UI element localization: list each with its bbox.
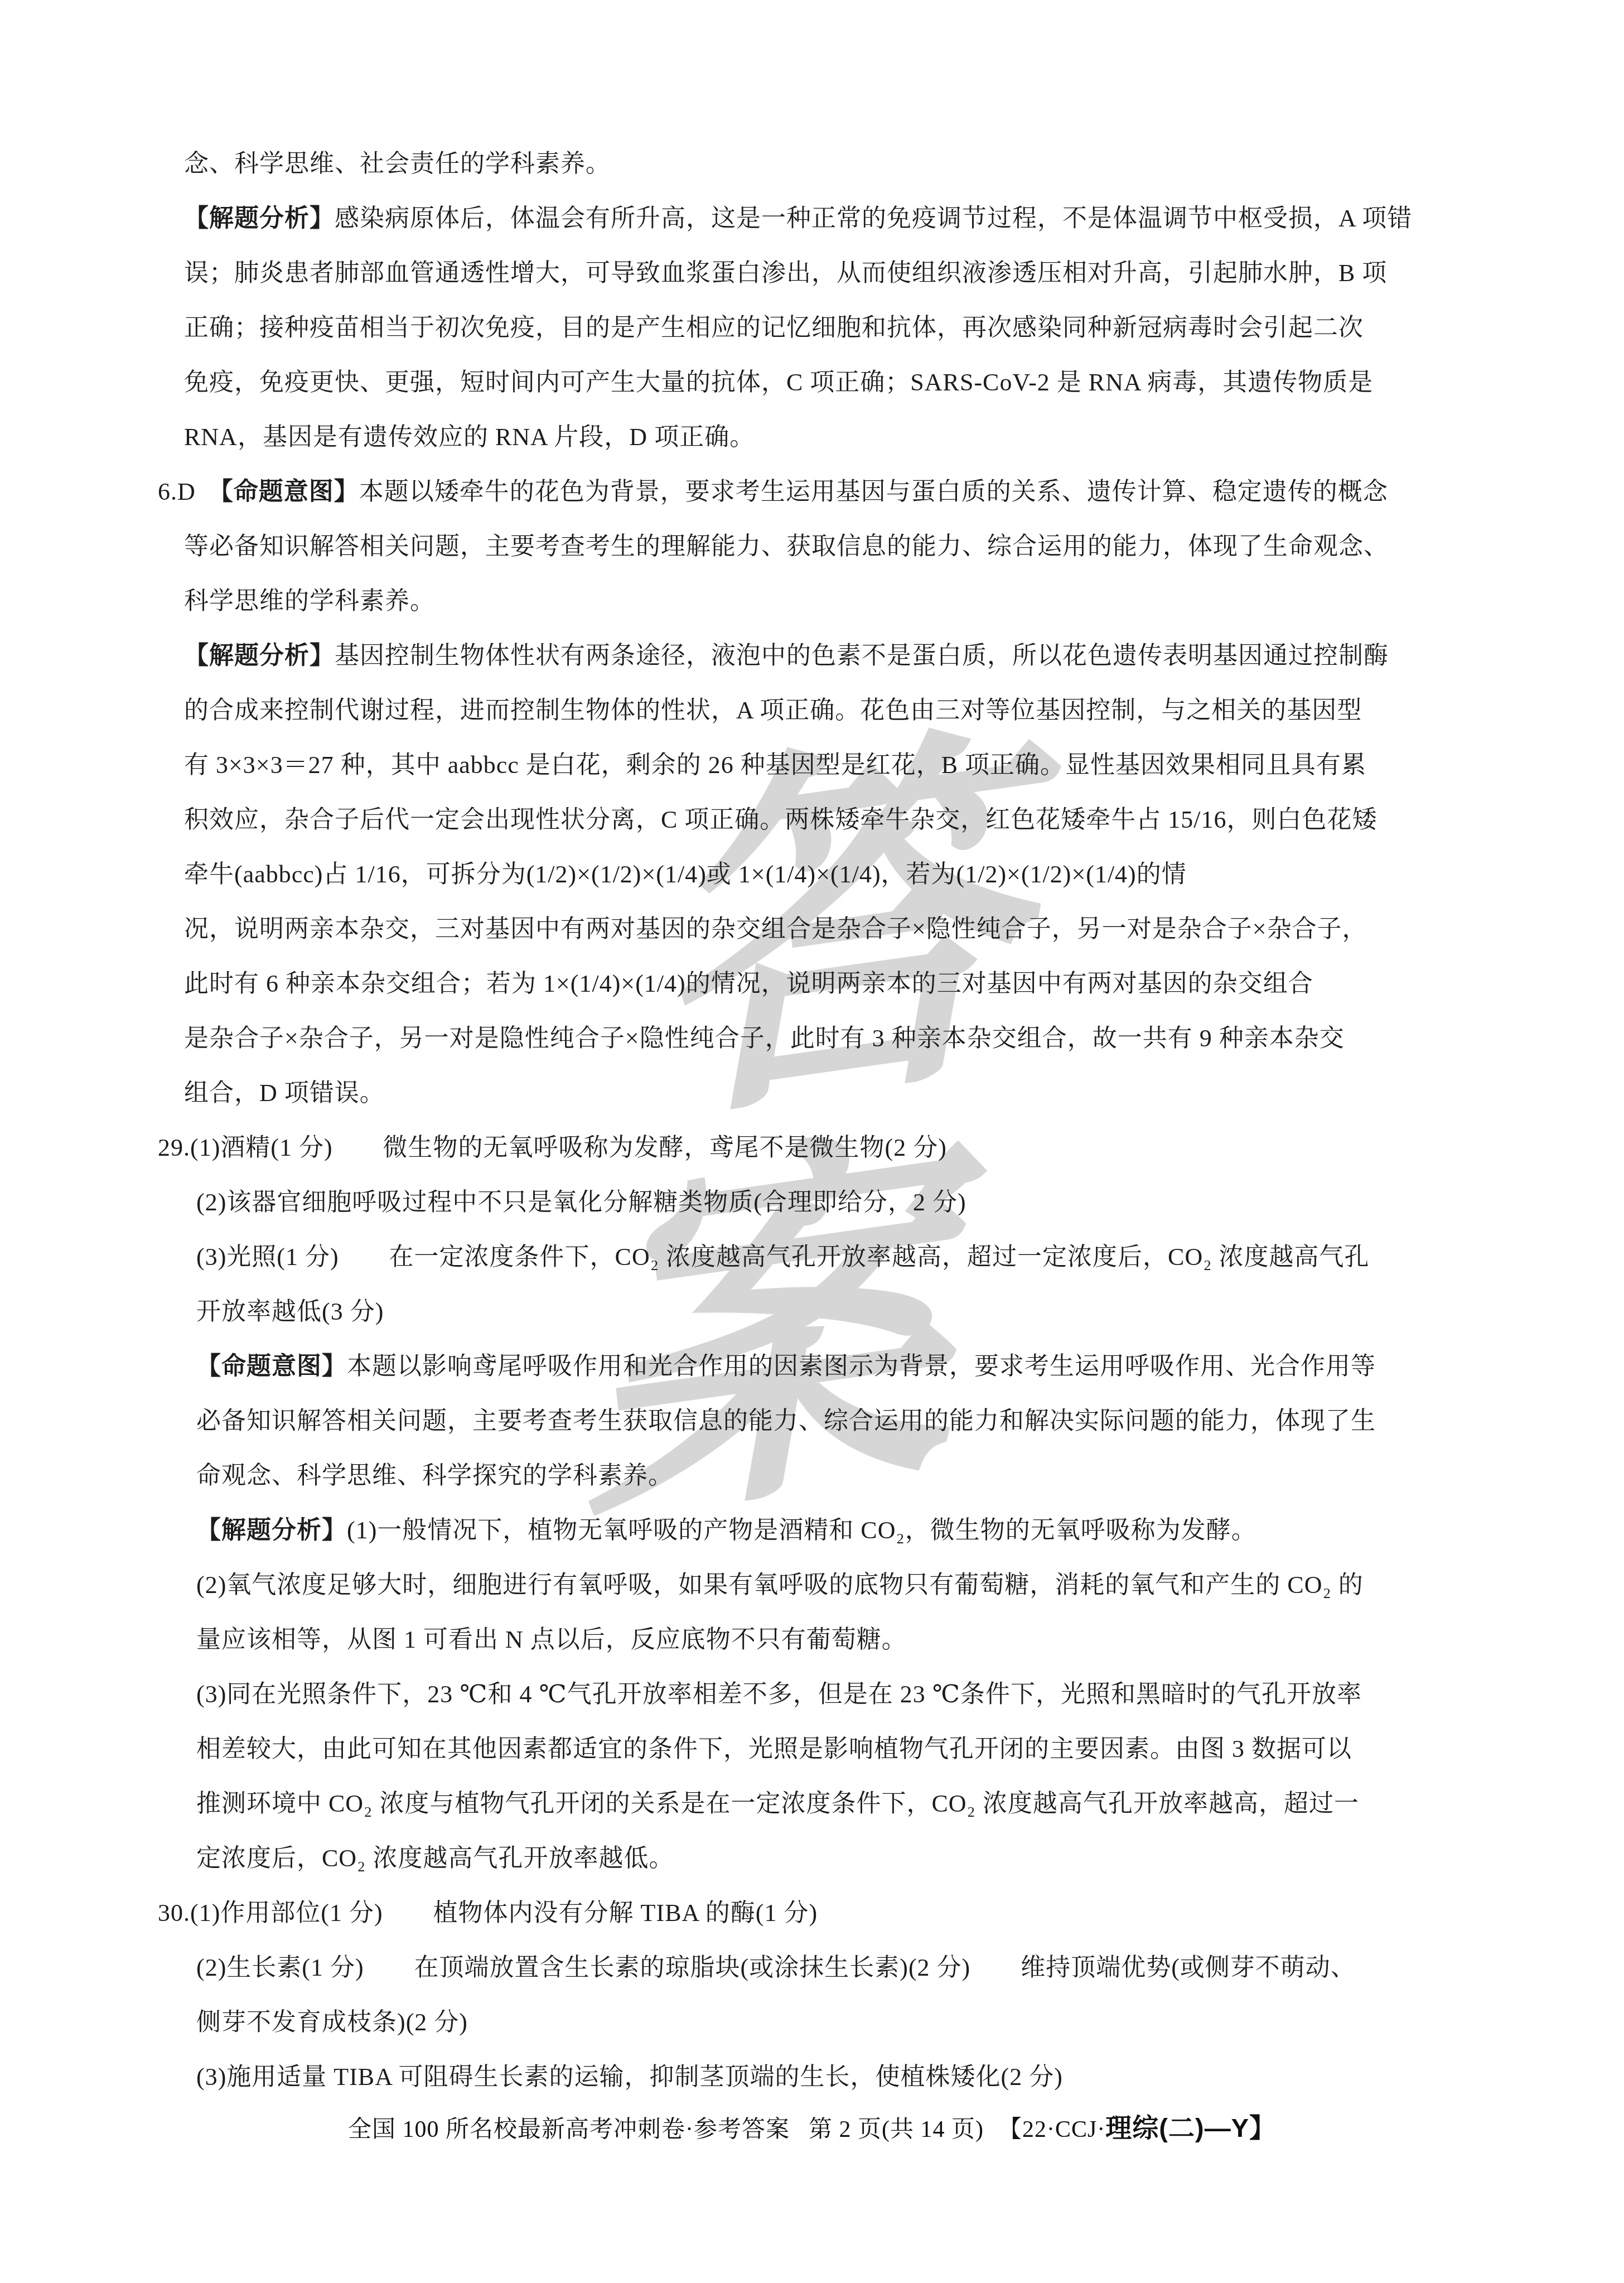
text-line: (2)氧气浓度足够大时，细胞进行有氧呼吸，如果有氧呼吸的底物只有葡萄糖，消耗的氧… xyxy=(196,1569,1364,1601)
line-text: 必备知识解答相关问题，主要考查考生获取信息的能力、综合运用的能力和解决实际问题的… xyxy=(196,1407,1376,1435)
text-line: 的合成来控制代谢过程，进而控制生物体的性状，A 项正确。花色由三对等位基因控制，… xyxy=(184,694,1362,727)
line-text: 免疫，免疫更快、更强，短时间内可产生大量的抗体，C 项正确；SARS-CoV-2… xyxy=(184,369,1373,396)
answer-text-block: 念、科学思维、社会责任的学科素养。 【解题分析】感染病原体后，体温会有所升高，这… xyxy=(0,0,1624,2283)
text-line: 30.(1)作用部位(1 分) 植物体内没有分解 TIBA 的酶(1 分) xyxy=(158,1897,818,1929)
text-line: 定浓度后，CO₂ 浓度越高气孔开放率越低。 xyxy=(196,1842,674,1875)
text-line: 【解题分析】基因控制生物体性状有两条途径，液泡中的色素不是蛋白质，所以花色遗传表… xyxy=(184,640,1389,672)
line-text: 况，说明两亲本杂交，三对基因中有两对基因的杂交组合是杂合子×隐性纯合子，另一对是… xyxy=(184,915,1367,943)
text-line: RNA，基因是有遗传效应的 RNA 片段，D 项正确。 xyxy=(184,421,755,453)
text-line: (3)同在光照条件下，23 ℃和 4 ℃气孔开放率相差不多，但是在 23 ℃条件… xyxy=(196,1678,1362,1711)
section-label: 【命题意图】 xyxy=(221,478,359,505)
line-text: 本题以矮牵牛的花色为背景，要求考生运用基因与蛋白质的关系、遗传计算、稳定遗传的概… xyxy=(359,478,1388,505)
text-line: 况，说明两亲本杂交，三对基因中有两对基因的杂交组合是杂合子×隐性纯合子，另一对是… xyxy=(184,913,1367,945)
text-line: 有 3×3×3＝27 种，其中 aabbcc 是白花，剩余的 26 种基因型是红… xyxy=(184,749,1366,781)
text-line: 正确；接种疫苗相当于初次免疫，目的是产生相应的记忆细胞和抗体，再次感染同种新冠病… xyxy=(184,312,1364,344)
text-line: 量应该相等，从图 1 可看出 N 点以后，反应底物不只有葡萄糖。 xyxy=(196,1624,907,1656)
line-text: 命观念、科学思维、科学探究的学科素养。 xyxy=(196,1462,673,1489)
line-text: (2)氧气浓度足够大时，细胞进行有氧呼吸，如果有氧呼吸的底物只有葡萄糖，消耗的氧… xyxy=(196,1571,1364,1599)
line-text: 本题以影响鸢尾呼吸作用和光合作用的因素图示为背景，要求考生运用呼吸作用、光合作用… xyxy=(347,1353,1376,1380)
text-line: 相差较大，由此可知在其他因素都适宜的条件下，光照是影响植物气孔开闭的主要因素。由… xyxy=(196,1733,1352,1765)
text-line: 等必备知识解答相关问题，主要考查考生的理解能力、获取信息的能力、综合运用的能力，… xyxy=(184,530,1389,563)
line-text: 误；肺炎患者肺部血管通透性增大，可导致血浆蛋白渗出，从而使组织液渗透压相对升高，… xyxy=(184,259,1387,287)
line-text: 基因控制生物体性状有两条途径，液泡中的色素不是蛋白质，所以花色遗传表明基因通过控… xyxy=(335,642,1389,669)
line-text: 相差较大，由此可知在其他因素都适宜的条件下，光照是影响植物气孔开闭的主要因素。由… xyxy=(196,1735,1352,1763)
text-line: (2)该器官细胞呼吸过程中不只是氧化分解糖类物质(合理即给分，2 分) xyxy=(196,1186,966,1219)
text-line: 命观念、科学思维、科学探究的学科素养。 xyxy=(196,1460,673,1492)
line-text: 推测环境中 CO₂ 浓度与植物气孔开闭的关系是在一定浓度条件下，CO₂ 浓度越高… xyxy=(196,1790,1359,1817)
line-text: RNA，基因是有遗传效应的 RNA 片段，D 项正确。 xyxy=(184,423,755,451)
text-line: 误；肺炎患者肺部血管通透性增大，可导致血浆蛋白渗出，从而使组织液渗透压相对升高，… xyxy=(184,257,1387,289)
line-text: 30.(1)作用部位(1 分) 植物体内没有分解 TIBA 的酶(1 分) xyxy=(158,1899,818,1927)
line-prefix: 6.D xyxy=(158,478,221,505)
text-line: 【解题分析】(1)一般情况下，植物无氧呼吸的产物是酒精和 CO₂，微生物的无氧呼… xyxy=(196,1514,1256,1547)
footer-paper-code-bold: 理综(二)—Y】 xyxy=(1105,2113,1276,2142)
text-line: 念、科学思维、社会责任的学科素养。 xyxy=(184,148,611,180)
line-text: 此时有 6 种亲本杂交组合；若为 1×(1/4)×(1/4)的情况，说明两亲本的… xyxy=(184,970,1313,997)
footer-paper-code: 【22·CCJ·理综(二)—Y】 xyxy=(998,2117,1276,2142)
text-line: 开放率越低(3 分) xyxy=(196,1296,384,1328)
line-text: (1)一般情况下，植物无氧呼吸的产物是酒精和 CO₂，微生物的无氧呼吸称为发酵。 xyxy=(347,1517,1256,1544)
line-text: (3)同在光照条件下，23 ℃和 4 ℃气孔开放率相差不多，但是在 23 ℃条件… xyxy=(196,1681,1362,1708)
line-text: 感染病原体后，体温会有所升高，这是一种正常的免疫调节过程，不是体温调节中枢受损，… xyxy=(335,205,1412,232)
line-text: (2)该器官细胞呼吸过程中不只是氧化分解糖类物质(合理即给分，2 分) xyxy=(196,1189,966,1216)
line-text: 是杂合子×杂合子，另一对是隐性纯合子×隐性纯合子，此时有 3 种亲本杂交组合，故… xyxy=(184,1025,1345,1052)
text-line: 科学思维的学科素养。 xyxy=(184,585,435,617)
footer-title: 全国 100 所名校最新高考冲刺卷·参考答案 xyxy=(348,2117,790,2142)
line-text: 念、科学思维、社会责任的学科素养。 xyxy=(184,150,611,177)
page-footer: 全国 100 所名校最新高考冲刺卷·参考答案第 2 页(共 14 页)【22·C… xyxy=(0,2107,1624,2145)
line-text: 科学思维的学科素养。 xyxy=(184,587,435,615)
text-line: 6.D 【命题意图】本题以矮牵牛的花色为背景，要求考生运用基因与蛋白质的关系、遗… xyxy=(158,476,1388,508)
line-text: 等必备知识解答相关问题，主要考查考生的理解能力、获取信息的能力、综合运用的能力，… xyxy=(184,533,1389,560)
line-text: 开放率越低(3 分) xyxy=(196,1298,384,1325)
text-line: 29.(1)酒精(1 分) 微生物的无氧呼吸称为发酵，鸢尾不是微生物(2 分) xyxy=(158,1132,947,1164)
text-line: 【命题意图】本题以影响鸢尾呼吸作用和光合作用的因素图示为背景，要求考生运用呼吸作… xyxy=(196,1350,1376,1383)
line-text: 积效应，杂合子后代一定会出现性状分离，C 项正确。两株矮牵牛杂交，红色花矮牵牛占… xyxy=(184,806,1377,833)
line-text: 量应该相等，从图 1 可看出 N 点以后，反应底物不只有葡萄糖。 xyxy=(196,1626,907,1653)
text-line: 组合，D 项错误。 xyxy=(184,1077,385,1109)
text-line: 是杂合子×杂合子，另一对是隐性纯合子×隐性纯合子，此时有 3 种亲本杂交组合，故… xyxy=(184,1022,1345,1055)
text-line: 推测环境中 CO₂ 浓度与植物气孔开闭的关系是在一定浓度条件下，CO₂ 浓度越高… xyxy=(196,1788,1359,1820)
text-line: 免疫，免疫更快、更强，短时间内可产生大量的抗体，C 项正确；SARS-CoV-2… xyxy=(184,366,1373,399)
section-label: 【解题分析】 xyxy=(184,642,335,669)
text-line: (3)施用适量 TIBA 可阻碍生长素的运输，抑制茎顶端的生长，使植株矮化(2 … xyxy=(196,2061,1063,2093)
line-text: (2)生长素(1 分) 在顶端放置含生长素的琼脂块(或涂抹生长素)(2 分) 维… xyxy=(196,1954,1356,1981)
section-label: 【命题意图】 xyxy=(196,1353,347,1380)
footer-page-number: 第 2 页(共 14 页) xyxy=(809,2117,984,2142)
text-line: 【解题分析】感染病原体后，体温会有所升高，这是一种正常的免疫调节过程，不是体温调… xyxy=(184,202,1412,235)
text-line: (2)生长素(1 分) 在顶端放置含生长素的琼脂块(或涂抹生长素)(2 分) 维… xyxy=(196,1952,1356,1984)
line-text: 侧芽不发育成枝条)(2 分) xyxy=(196,2009,468,2036)
line-text: (3)施用适量 TIBA 可阻碍生长素的运输，抑制茎顶端的生长，使植株矮化(2 … xyxy=(196,2063,1063,2091)
text-line: 必备知识解答相关问题，主要考查考生获取信息的能力、综合运用的能力和解决实际问题的… xyxy=(196,1405,1376,1437)
line-text: 组合，D 项错误。 xyxy=(184,1079,385,1107)
text-line: 侧芽不发育成枝条)(2 分) xyxy=(196,2006,468,2039)
text-line: 牵牛(aabbcc)占 1/16，可拆分为(1/2)×(1/2)×(1/4)或 … xyxy=(184,858,1187,891)
line-text: 29.(1)酒精(1 分) 微生物的无氧呼吸称为发酵，鸢尾不是微生物(2 分) xyxy=(158,1134,947,1161)
text-line: 积效应，杂合子后代一定会出现性状分离，C 项正确。两株矮牵牛杂交，红色花矮牵牛占… xyxy=(184,804,1377,836)
text-line: 此时有 6 种亲本杂交组合；若为 1×(1/4)×(1/4)的情况，说明两亲本的… xyxy=(184,968,1313,1000)
line-text: (3)光照(1 分) 在一定浓度条件下，CO₂ 浓度越高气孔开放率越高，超过一定… xyxy=(196,1243,1370,1271)
section-label: 【解题分析】 xyxy=(196,1517,347,1544)
line-text: 定浓度后，CO₂ 浓度越高气孔开放率越低。 xyxy=(196,1845,674,1872)
answer-key-page: 答案 念、科学思维、社会责任的学科素养。 【解题分析】感染病原体后，体温会有所升… xyxy=(0,0,1624,2283)
line-text: 有 3×3×3＝27 种，其中 aabbcc 是白花，剩余的 26 种基因型是红… xyxy=(184,751,1366,779)
section-label: 【解题分析】 xyxy=(184,205,335,232)
line-text: 牵牛(aabbcc)占 1/16，可拆分为(1/2)×(1/2)×(1/4)或 … xyxy=(184,861,1187,888)
line-text: 的合成来控制代谢过程，进而控制生物体的性状，A 项正确。花色由三对等位基因控制，… xyxy=(184,697,1362,724)
footer-paper-code-prefix: 【22·CCJ· xyxy=(998,2117,1105,2142)
text-line: (3)光照(1 分) 在一定浓度条件下，CO₂ 浓度越高气孔开放率越高，超过一定… xyxy=(196,1241,1370,1273)
line-text: 正确；接种疫苗相当于初次免疫，目的是产生相应的记忆细胞和抗体，再次感染同种新冠病… xyxy=(184,314,1364,341)
